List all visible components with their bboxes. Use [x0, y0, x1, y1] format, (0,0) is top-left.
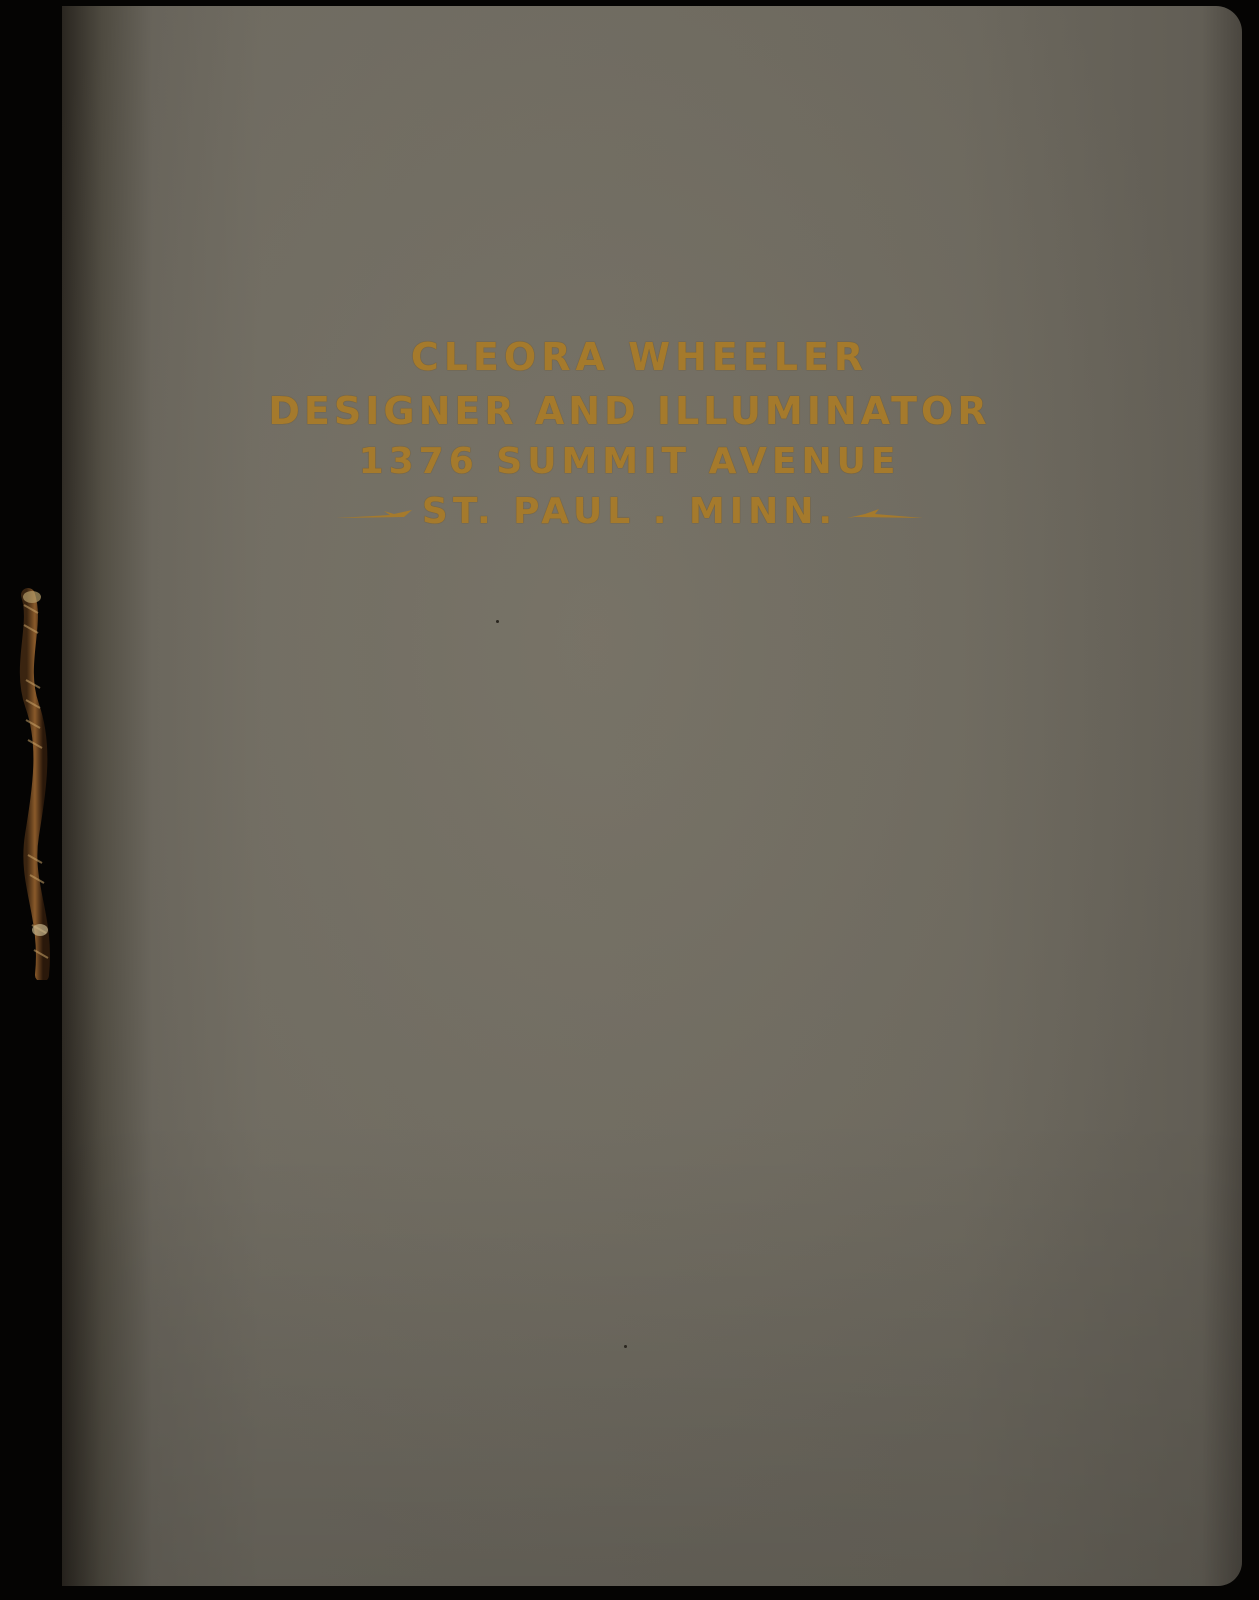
designer-name: CLEORA WHEELER: [20, 338, 1259, 376]
street-address: 1376 SUMMIT AVENUE: [0, 444, 1259, 480]
city-text: ST. PAUL . MINN.: [422, 491, 837, 532]
twisted-cord-icon: [18, 585, 52, 980]
city-line: ST. PAUL . MINN.: [0, 494, 1259, 530]
paper-speck: [496, 620, 499, 623]
right-flourish-icon: [845, 506, 925, 520]
cover-imprint: CLEORA WHEELER DESIGNER AND ILLUMINATOR …: [0, 338, 1259, 530]
paper-speck: [624, 1345, 627, 1348]
book-cover: [62, 6, 1242, 1586]
designer-title: DESIGNER AND ILLUMINATOR: [0, 392, 1259, 430]
left-flourish-icon: [334, 506, 414, 520]
